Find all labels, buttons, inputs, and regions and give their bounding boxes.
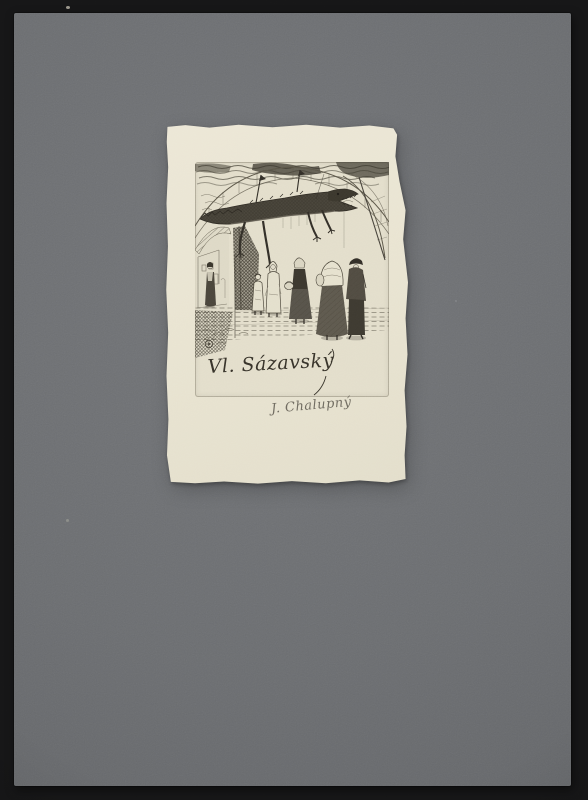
figure-man-cap xyxy=(346,258,366,339)
arch-left xyxy=(195,227,231,310)
crocodile-eye xyxy=(337,193,339,195)
etching-scene: Vl. Sázavský xyxy=(195,162,389,397)
dust-speck xyxy=(66,6,70,9)
print-paper: Vl. Sázavský J. Chalupný xyxy=(166,124,408,484)
figure-woman-shawl xyxy=(316,261,348,340)
plate-mark: Vl. Sázavský xyxy=(195,162,389,397)
plate-inscription: Vl. Sázavský xyxy=(207,349,334,378)
figure-child-hooded xyxy=(265,262,281,318)
print-area: Vl. Sázavský J. Chalupný xyxy=(14,13,571,786)
photograph-backdrop: Vl. Sázavský J. Chalupný xyxy=(0,0,588,800)
plate-inscription-group: Vl. Sázavský xyxy=(207,349,334,395)
